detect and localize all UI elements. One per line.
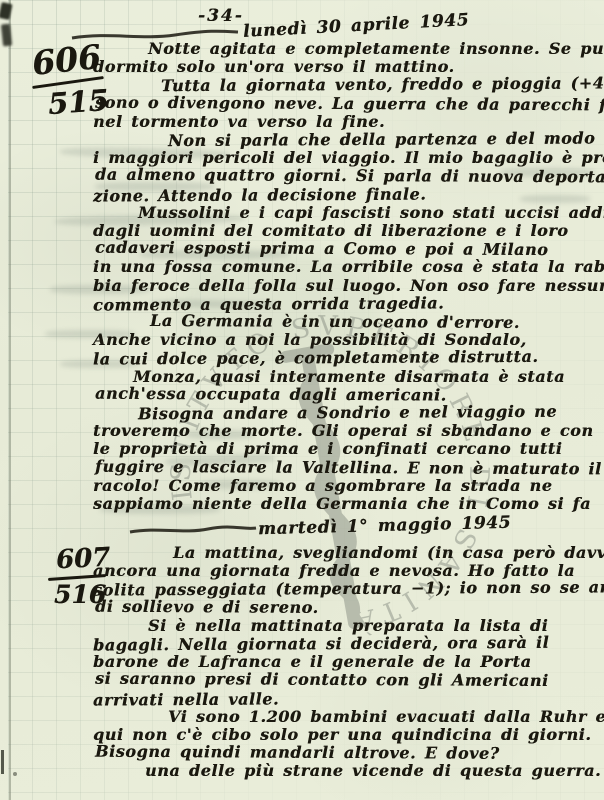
handwritten-line: una delle più strane vicende di questa g…: [93, 762, 601, 780]
handwritten-line: in una fossa comune. La orribile cosa è …: [93, 258, 601, 276]
page-left-edge: [9, 0, 11, 800]
handwritten-line: troveremo che morte. Gli operai si sband…: [93, 422, 601, 440]
handwritten-line: zione. Attendo la decisione finale.: [93, 184, 601, 205]
handwritten-line: arrivati nella valle.: [93, 688, 601, 709]
handwritten-line: le proprietà di prima e i confinati cerc…: [93, 440, 601, 458]
handwritten-line: da almeno quattro giorni. Si parla di nu…: [95, 166, 603, 187]
entry-date: martedì 1° maggio 1945: [258, 513, 512, 540]
diary-entry: La mattina, svegliandomi (in casa però d…: [93, 544, 601, 781]
handwritten-line: si saranno presi di contatto con gli Ame…: [95, 670, 603, 691]
handwritten-line: bagagli. Nella giornata si deciderà, ora…: [93, 633, 601, 654]
underline-squiggle: [128, 524, 260, 538]
page-number: -34-: [198, 6, 244, 26]
margin-tick: [1, 750, 4, 774]
handwritten-line: Vi sono 1.200 bambini evacuati dalla Ruh…: [93, 708, 601, 726]
handwritten-line: cadaveri esposti prima a Como e poi a Mi…: [95, 239, 603, 260]
handwritten-line: di sollievo e di sereno.: [95, 597, 603, 618]
handwritten-line: fuggire e lasciare la Valtellina. E non …: [95, 457, 603, 478]
handwritten-line: sono o divengono neve. La guerra che da …: [95, 93, 603, 114]
handwritten-line: Non si parla che della partenza e del mo…: [93, 129, 601, 150]
diary-entry: Notte agitata e completamente insonne. S…: [93, 40, 601, 513]
entry-date: lunedì 30 aprile 1945: [243, 10, 470, 42]
handwritten-line: Bisogna quindi mandarli altrove. E dove?: [95, 743, 603, 764]
handwritten-line: racolo! Come faremo a sgombrare la strad…: [93, 477, 601, 495]
handwritten-line: bia feroce della folla sul luogo. Non os…: [93, 277, 601, 295]
handwritten-line: sappiamo niente della Germania che in Co…: [93, 495, 601, 513]
handwritten-line: la cui dolce pace, è completamente distr…: [93, 348, 601, 369]
ink-dot: [13, 772, 17, 776]
handwritten-line: Mussolini e i capi fascisti sono stati u…: [93, 204, 601, 222]
handwritten-line: Bisogna andare a Sondrio e nel viaggio n…: [93, 403, 601, 424]
handwritten-line: La mattina, svegliandomi (in casa però d…: [93, 544, 601, 562]
scanned-diary-page: ISTITVTO SVPERIORE DI SANITÀ -34- lunedì…: [0, 0, 604, 800]
handwritten-line: La Germania è in un oceano d'errore.: [95, 312, 603, 333]
handwritten-line: Notte agitata e completamente insonne. S…: [93, 40, 601, 58]
